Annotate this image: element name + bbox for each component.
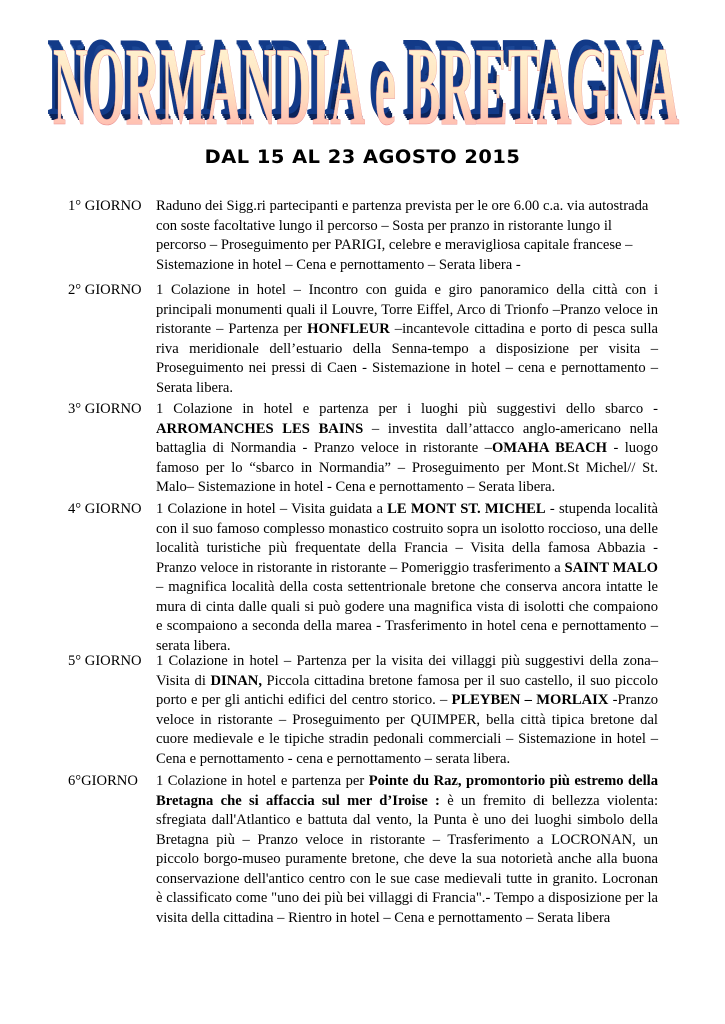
date-range-text: DAL 15 AL 23 AGOSTO 2015 (205, 146, 521, 168)
highlight-place: DINAN, (211, 673, 262, 689)
highlight-place: HONFLEUR (307, 321, 390, 337)
day-description: 1 Colazione in hotel e partenza per Poin… (156, 772, 658, 928)
description-text: Raduno dei Sigg.ri partecipanti e parten… (156, 198, 648, 273)
highlight-place: ARROMANCHES LES BAINS (156, 421, 363, 437)
day-label: 4° GIORNO (68, 500, 156, 520)
description-text: 1 Colazione in hotel e partenza per i lu… (156, 401, 658, 417)
day-description: 1 Colazione in hotel e partenza per i lu… (156, 400, 658, 498)
itinerary-day: 4° GIORNO1 Colazione in hotel – Visita g… (68, 500, 658, 656)
svg-text:NORMANDIA e BRETAGNA: NORMANDIA e BRETAGNA (53, 28, 679, 128)
day-description: 1 Colazione in hotel – Visita guidata a … (156, 500, 658, 656)
date-subtitle: DAL 15 AL 23 AGOSTO 2015 (0, 146, 725, 168)
day-description: 1 Colazione in hotel – Incontro con guid… (156, 281, 658, 398)
highlight-place: LE MONT ST. MICHEL (387, 501, 545, 517)
itinerary-day: 2° GIORNO1 Colazione in hotel – Incontro… (68, 281, 658, 398)
highlight-place: SAINT MALO (565, 560, 658, 576)
description-text: 1 Colazione in hotel e partenza per (156, 773, 369, 789)
day-description: Raduno dei Sigg.ri partecipanti e parten… (156, 197, 658, 275)
day-description: 1 Colazione in hotel – Partenza per la v… (156, 652, 658, 769)
day-label: 5° GIORNO (68, 652, 156, 672)
itinerary-day: 5° GIORNO1 Colazione in hotel – Partenza… (68, 652, 658, 769)
day-label: 1° GIORNO (68, 197, 156, 217)
highlight-place: PLEYBEN – MORLAIX (452, 692, 609, 708)
itinerary-day: 3° GIORNO1 Colazione in hotel e partenza… (68, 400, 658, 498)
day-label: 2° GIORNO (68, 281, 156, 301)
description-text: 1 Colazione in hotel – Visita guidata a (156, 501, 387, 517)
wordart-title: NORMANDIA e BRETAGNA NORMANDIA e BRETAGN… (46, 28, 686, 128)
itinerary-day: 6°GIORNO 1 Colazione in hotel e partenza… (68, 772, 658, 928)
highlight-place: OMAHA BEACH (492, 440, 607, 456)
itinerary-day: 1° GIORNORaduno dei Sigg.ri partecipanti… (68, 197, 658, 275)
day-label: 6°GIORNO (68, 772, 156, 792)
description-text: è un fremito di bellezza violenta: sfreg… (156, 793, 658, 926)
day-label: 3° GIORNO (68, 400, 156, 420)
description-text: – magnifica località della costa settent… (156, 579, 658, 654)
